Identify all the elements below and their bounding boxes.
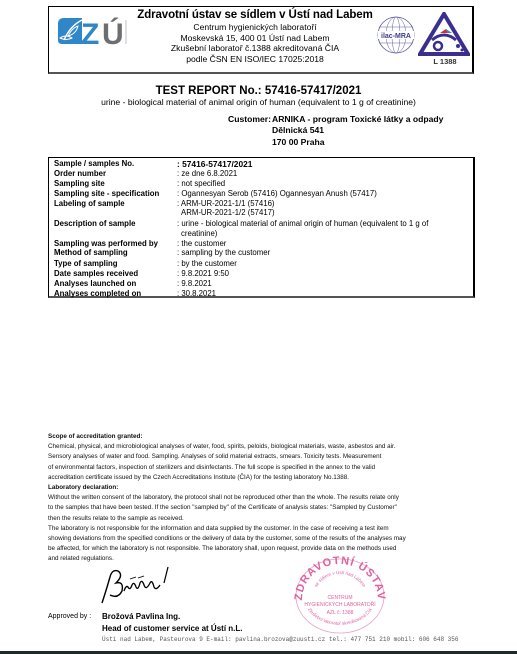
approver-block: Brožová Pavlina Ing. Head of customer se… <box>102 611 243 635</box>
declaration-line: showing deviations from the specified co… <box>48 534 488 544</box>
legal-text: Scope of accreditation granted: Chemical… <box>48 432 488 565</box>
cai-accreditation-logo-icon <box>418 12 470 56</box>
approver-name: Brožová Pavlina Ing. <box>102 611 243 623</box>
row-label: Sampling site - specification <box>54 189 176 199</box>
declaration-line: be affected, for which the laboratory is… <box>48 544 488 554</box>
contact-info: Ústí nad Labem, Pasteurova 9 E-mail: pav… <box>102 636 458 643</box>
row-value: : ze dne 6.8.2021 <box>177 169 237 179</box>
declaration-line: Without the written consent of the labor… <box>48 493 488 503</box>
row-label: Analyses completed on <box>54 289 176 299</box>
row-value: : 9.8.2021 9:50 <box>177 269 229 279</box>
row-value: : Ogannesyan Serob (57416) Ogannesyan An… <box>177 189 377 199</box>
row-label: Description of sample <box>54 219 176 229</box>
lab-standard: podle ČSN EN ISO/IEC 17025:2018 <box>130 54 380 65</box>
scope-line: Chemical, physical, and microbiological … <box>48 442 488 452</box>
institute-address: Moskevská 15, 400 01 Ústí nad Labem <box>130 33 380 44</box>
zu-logo-icon: Z Ú <box>56 14 132 48</box>
ilac-mra-logo-icon: ilac-MRA <box>376 15 416 55</box>
customer-name: ARNIKA - program Toxické látky a odpady <box>272 114 443 125</box>
row-value: : urine - biological material of animal … <box>177 219 428 229</box>
row-label: Order number <box>54 169 176 179</box>
row-value: : by the customer <box>177 259 237 269</box>
declaration-heading: Laboratory declaration: <box>48 483 488 493</box>
row-label: Labeling of sample <box>54 199 176 209</box>
customer-city: 170 00 Praha <box>272 137 443 148</box>
report-subtitle: urine - biological material of animal or… <box>0 97 517 107</box>
laboratory-stamp-icon: ZDRAVOTNÍ ÚSTAV se sídlem v Ústí nad Lab… <box>292 556 388 634</box>
row-value: : sampling by the customer <box>177 248 270 258</box>
report-title: TEST REPORT No.: 57416-57417/2021 <box>0 85 517 97</box>
row-value: : 57416-57417/2021 <box>177 159 252 169</box>
row-value-continued: creatinine) <box>181 229 217 239</box>
row-label: Sampling site <box>54 179 176 189</box>
row-value-continued: ARM-UR-2021-1/2 (57417) <box>181 208 275 218</box>
scope-line: of environmental factors, inspection of … <box>48 463 488 473</box>
declaration-line: and related regulations. <box>48 554 488 564</box>
row-value: : 30.8.2021 <box>177 289 216 299</box>
declaration-line: to the samples that have been tested. If… <box>48 503 488 513</box>
scope-heading: Scope of accreditation granted: <box>48 432 488 442</box>
customer-block: ARNIKA - program Toxické látky a odpady … <box>272 114 443 148</box>
row-label: Date samples received <box>54 269 176 279</box>
lab-accreditation: Zkušební laboratoř č.1388 akreditovaná Č… <box>130 43 380 54</box>
institute-line: Centrum hygienických laboratoří <box>130 22 380 33</box>
declaration-line: then the results relate to the sample as… <box>48 514 488 524</box>
accreditation-mark: L 1388 <box>420 57 470 66</box>
row-label: Sample / samples No. <box>54 159 176 169</box>
row-label: Type of sampling <box>54 259 176 269</box>
scope-line: accreditation certificate issued by the … <box>48 473 488 483</box>
approver-position: Head of customer service at Ústí n.L. <box>102 623 243 635</box>
svg-text:CENTRUM: CENTRUM <box>328 595 353 601</box>
institute-header: Zdravotní ústav se sídlem v Ústí nad Lab… <box>130 9 380 64</box>
svg-text:HYGIENICKÝCH LABORATOŘÍ: HYGIENICKÝCH LABORATOŘÍ <box>304 600 376 608</box>
approved-by-label: Approved by : <box>48 613 91 620</box>
declaration-line: The laboratory is not responsible for th… <box>48 524 488 534</box>
row-label: Analyses launched on <box>54 279 176 289</box>
svg-text:Z: Z <box>81 18 99 48</box>
institute-name: Zdravotní ústav se sídlem v Ústí nad Lab… <box>130 9 380 22</box>
signature-icon <box>98 565 178 605</box>
sample-info-table: Sample / samples No. : 57416-57417/2021 … <box>48 157 475 298</box>
svg-text:ilac-MRA: ilac-MRA <box>381 33 411 40</box>
svg-text:Ú: Ú <box>102 17 124 48</box>
svg-text:AZL č. 1388: AZL č. 1388 <box>327 610 354 616</box>
customer-street: Dělnická 541 <box>272 125 443 136</box>
customer-label: Customer: <box>180 114 271 124</box>
scope-line: Sensory analyses of water and food. Samp… <box>48 452 488 462</box>
row-value: : 9.8.2021 <box>177 279 212 289</box>
row-value: : not specified <box>177 179 225 189</box>
row-label: Method of sampling <box>54 248 176 258</box>
